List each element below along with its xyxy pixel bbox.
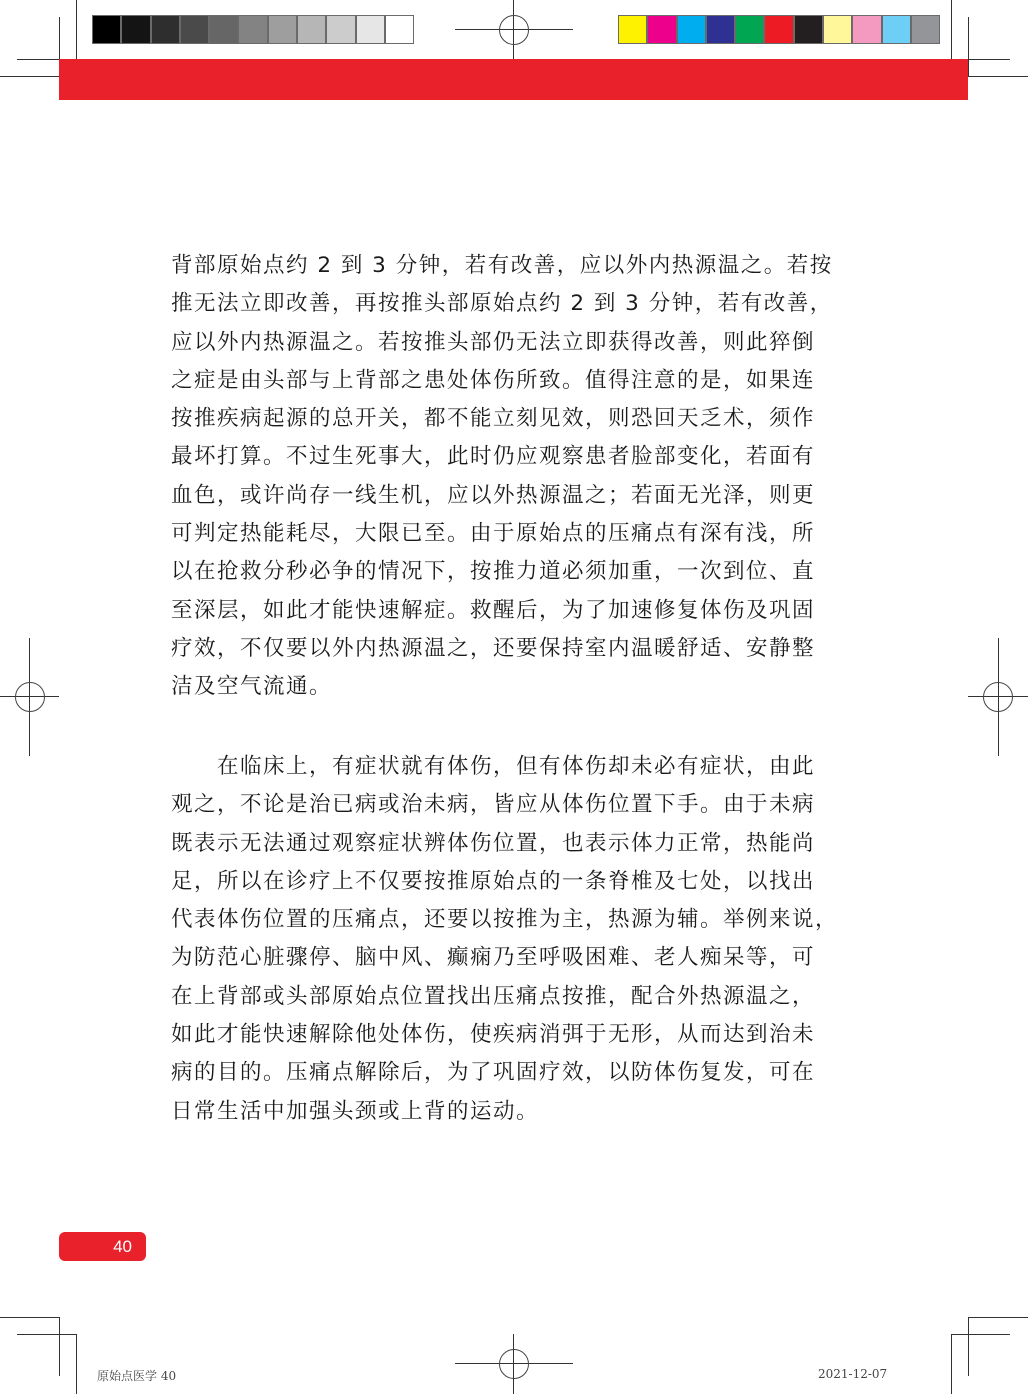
process-color-bar <box>618 15 940 45</box>
crop-mark-top-right-vertical-inner <box>968 17 969 76</box>
grayscale-color-bar <box>92 15 414 45</box>
text-line: 在临床上，有症状就有体伤，但有体伤却未必有症状，由此 <box>171 748 861 786</box>
process-color-swatch <box>677 15 706 44</box>
text-line: 代表体伤位置的压痛点，还要以按推为主，热源为辅。举例来说， <box>171 901 861 939</box>
text-line: 至深层，如此才能快速解症。救醒后，为了加速修复体伤及巩固 <box>171 592 861 630</box>
text-line: 应以外内热源温之。若按推头部仍无法立即获得改善，则此猝倒 <box>171 324 861 362</box>
process-color-swatch <box>764 15 793 44</box>
paragraph-2: 在临床上，有症状就有体伤，但有体伤却未必有症状，由此 观之，不论是治已病或治未病… <box>171 748 861 1131</box>
process-color-swatch <box>823 15 852 44</box>
text-line: 血色，或许尚存一线生机，应以外热源温之；若面无光泽，则更 <box>171 477 861 515</box>
text-line: 可判定热能耗尽，大限已至。由于原始点的压痛点有深有浅，所 <box>171 515 861 553</box>
crop-mark-top-right-horizontal-inner <box>968 59 1010 60</box>
process-color-swatch <box>882 15 911 44</box>
text-line: 如此才能快速解除他处体伤，使疾病消弭于无形，从而达到治未 <box>171 1016 861 1054</box>
process-color-swatch <box>618 15 647 44</box>
crop-mark-top-left-horizontal-outer <box>0 76 59 77</box>
text-line: 按推疾病起源的总开关，都不能立刻见效，则恐回天乏术，须作 <box>171 400 861 438</box>
grayscale-swatch <box>268 15 297 44</box>
grayscale-swatch <box>356 15 385 44</box>
crop-mark-top-left-vertical-inner <box>59 17 60 59</box>
crop-mark-bottom-left-vertical-outer <box>76 1334 77 1394</box>
grayscale-swatch <box>121 15 150 44</box>
header-band <box>59 59 968 100</box>
crop-mark-bottom-right-horizontal-inner <box>951 1334 1010 1335</box>
registration-mark-top-circle <box>499 15 529 45</box>
grayscale-swatch <box>151 15 180 44</box>
process-color-swatch <box>852 15 881 44</box>
text-line: 洁及空气流通。 <box>171 668 861 706</box>
text-line: 疗效，不仅要以外内热源温之，还要保持室内温暖舒适、安静整 <box>171 630 861 668</box>
text-line: 背部原始点约 2 到 3 分钟，若有改善，应以外内热源温之。若按 <box>171 247 861 285</box>
grayscale-swatch <box>209 15 238 44</box>
crop-mark-bottom-left-horizontal-outer <box>0 1317 59 1318</box>
process-color-swatch <box>706 15 735 44</box>
text-line: 为防范心脏骤停、脑中风、癫痫乃至呼吸困难、老人痴呆等，可 <box>171 939 861 977</box>
process-color-swatch <box>794 15 823 44</box>
text-line: 既表示无法通过观察症状辨体伤位置，也表示体力正常，热能尚 <box>171 825 861 863</box>
registration-mark-bottom-circle <box>499 1349 529 1379</box>
footer-file-label: 原始点医学 40 <box>97 1367 176 1384</box>
crop-mark-bottom-right-horizontal-outer <box>968 1317 1028 1318</box>
registration-mark-left-circle <box>15 682 45 712</box>
text-line: 以在抢救分秒必争的情况下，按推力道必须加重，一次到位、直 <box>171 553 861 591</box>
grayscale-swatch <box>92 15 121 44</box>
grayscale-swatch <box>297 15 326 44</box>
crop-mark-top-right-horizontal-outer <box>968 76 1028 77</box>
text-line: 在上背部或头部原始点位置找出压痛点按推，配合外热源温之， <box>171 978 861 1016</box>
crop-mark-bottom-right-vertical-inner <box>968 1317 969 1376</box>
text-line: 病的目的。压痛点解除后，为了巩固疗效，以防体伤复发，可在 <box>171 1054 861 1092</box>
paragraph-1: 背部原始点约 2 到 3 分钟，若有改善，应以外内热源温之。若按 推无法立即改善… <box>171 247 861 707</box>
text-line: 推无法立即改善，再按推头部原始点约 2 到 3 分钟，若有改善， <box>171 285 861 323</box>
text-line: 最坏打算。不过生死事大，此时仍应观察患者脸部变化，若面有 <box>171 438 861 476</box>
process-color-swatch <box>911 15 940 44</box>
crop-mark-bottom-left-vertical-inner <box>59 1317 60 1376</box>
crop-mark-bottom-right-vertical-outer <box>951 1334 952 1394</box>
registration-mark-right-circle <box>983 682 1013 712</box>
text-line: 日常生活中加强头颈或上背的运动。 <box>171 1093 861 1131</box>
grayscale-swatch <box>326 15 355 44</box>
grayscale-swatch <box>180 15 209 44</box>
text-line: 之症是由头部与上背部之患处体伤所致。值得注意的是，如果连 <box>171 362 861 400</box>
crop-mark-top-right-vertical-outer <box>951 0 952 59</box>
process-color-swatch <box>647 15 676 44</box>
crop-mark-bottom-left-horizontal-inner <box>17 1334 76 1335</box>
grayscale-swatch <box>238 15 267 44</box>
crop-mark-top-left-horizontal-inner <box>17 59 59 60</box>
process-color-swatch <box>735 15 764 44</box>
crop-mark-top-left-vertical-outer <box>76 0 77 59</box>
page-number-badge: 40 <box>59 1232 146 1261</box>
text-line: 观之，不论是治已病或治未病，皆应从体伤位置下手。由于未病 <box>171 786 861 824</box>
grayscale-swatch <box>385 15 414 44</box>
footer-date: 2021-12-07 <box>818 1367 887 1381</box>
text-line: 足，所以在诊疗上不仅要按推原始点的一条脊椎及七处，以找出 <box>171 863 861 901</box>
